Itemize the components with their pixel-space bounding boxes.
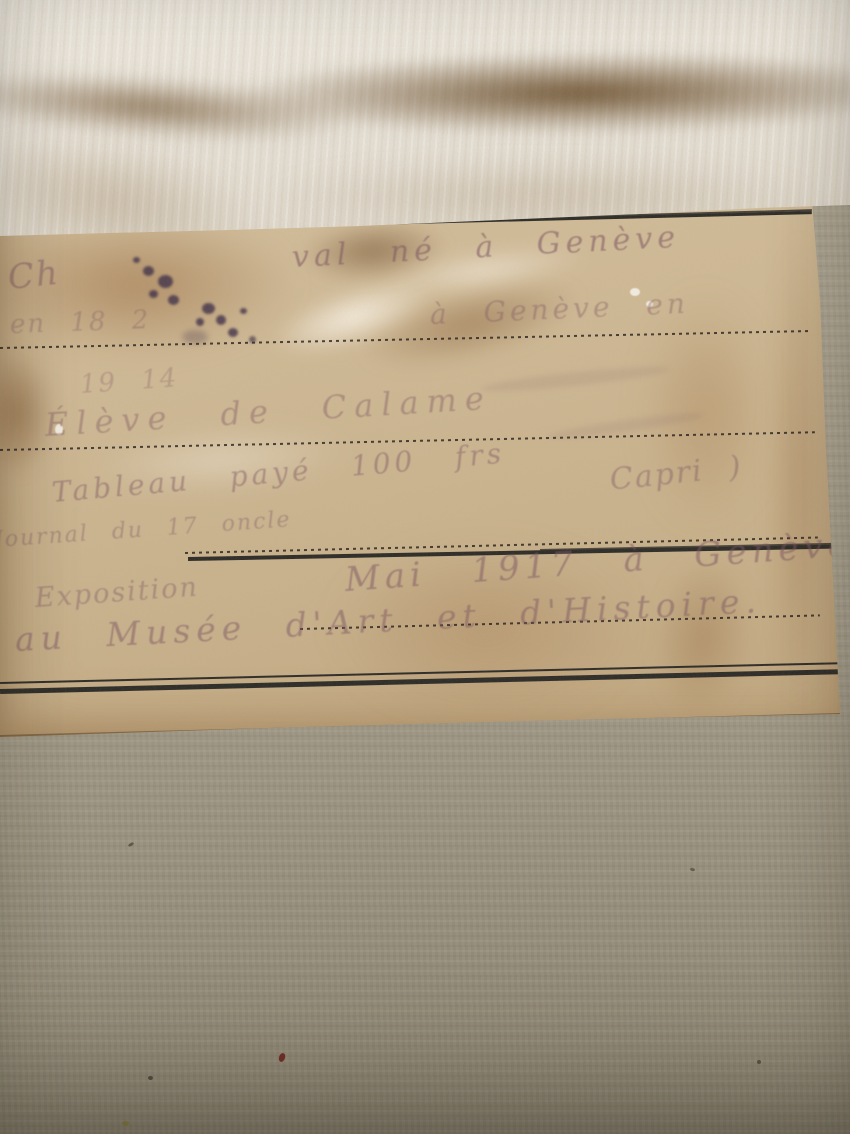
ink-blot <box>143 266 154 276</box>
handwriting-year: 19 14 <box>79 363 179 400</box>
ink-blot <box>158 275 173 288</box>
handwriting-birth-year: en 18 2 <box>9 305 150 340</box>
handwriting-artist-name-start: Ch <box>6 253 62 298</box>
ink-blot <box>196 318 204 326</box>
tissue-paper-flap <box>0 0 850 238</box>
photo-of-archival-label: Ch val né à Genève en 18 2 à Genève en 1… <box>0 0 850 1134</box>
ink-blot <box>216 315 226 325</box>
fiber-speck <box>148 1076 153 1080</box>
ink-blot <box>168 295 179 305</box>
ink-blot <box>249 336 256 343</box>
ink-blot <box>149 290 158 298</box>
ink-blot <box>133 257 140 263</box>
ink-blot <box>182 330 208 344</box>
ink-blot <box>240 308 247 314</box>
ink-blot <box>228 328 238 337</box>
fiber-speck <box>122 1121 129 1126</box>
handwriting-exhibition: Exposition <box>34 572 200 614</box>
fiber-speck <box>757 1060 761 1064</box>
ink-blot <box>202 303 215 314</box>
handwriting-journal-note: Journal du 17 oncle <box>0 507 292 553</box>
paper-stain <box>640 290 770 530</box>
